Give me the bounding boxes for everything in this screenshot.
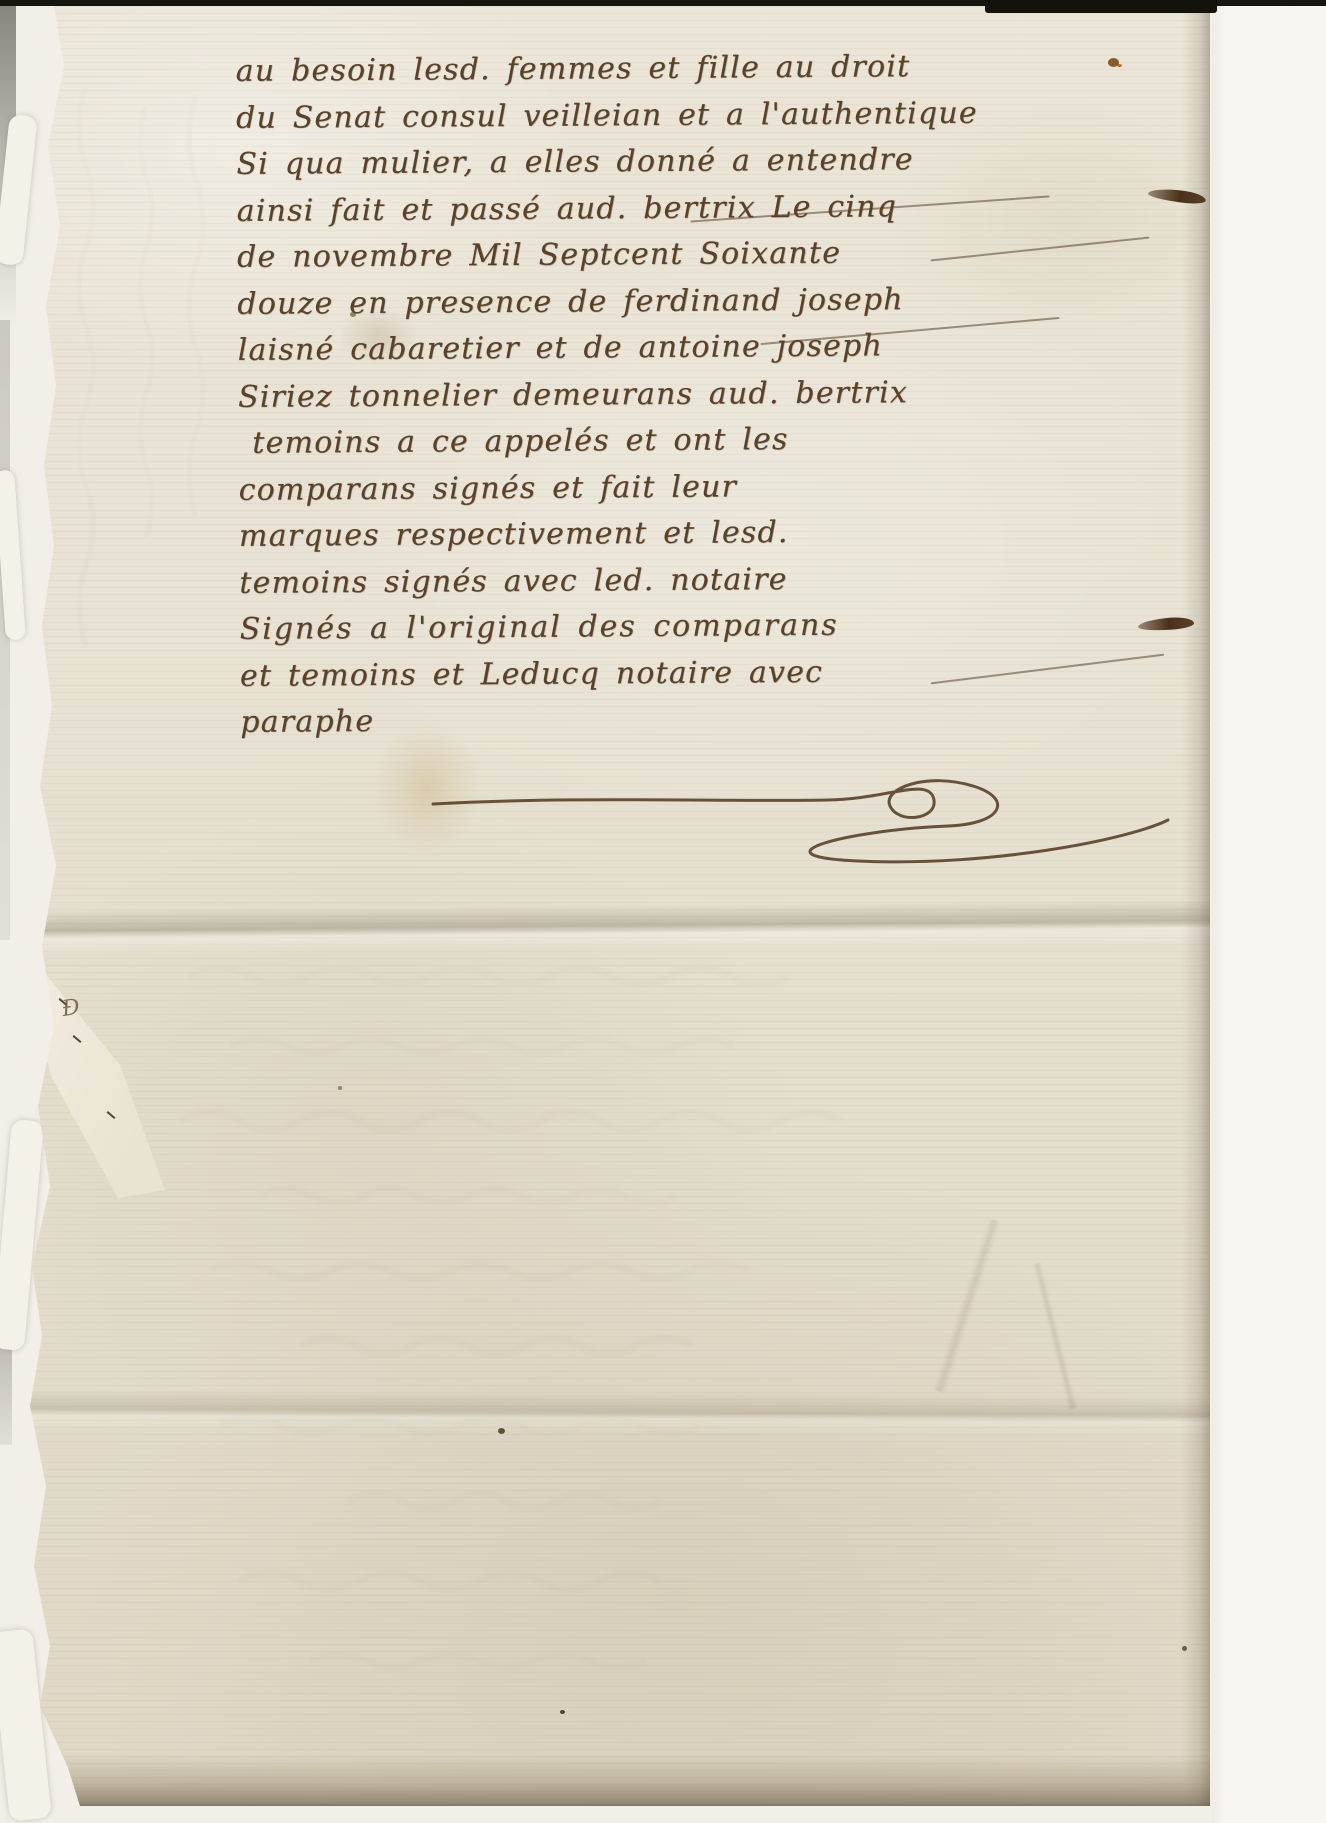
fold-crease-lower [20,1389,1210,1436]
marginal-ink-mark: Ð [60,995,81,1022]
bottom-curl-shadow [20,1754,1210,1806]
text-line: ainsi fait et passé aud. bertrix Le cinq [237,183,1067,235]
show-through-writing [150,936,1110,1736]
text-line: et temoins et Leducq notaire avec [240,648,1070,700]
text-line: douze en presence de ferdinand joseph [237,276,1067,328]
foxing-speck [560,1710,565,1714]
torn-edge-fray [0,1119,44,1351]
scanner-background [1212,0,1326,1823]
text-line: temoins a ce appelés et ont les [238,415,1068,467]
text-line: comparans signés et fait leur [238,462,1068,514]
text-line: temoins signés avec led. notaire [239,555,1069,607]
paraphe-flourish [428,758,1188,878]
text-line: marques respectivement et lesd. [239,508,1069,560]
foxing-speck [1108,58,1119,67]
scanner-top-edge-thick [985,0,1217,13]
handwritten-text: au besoin lesd. femmes et fille au droit… [236,43,1071,746]
text-line: Si qua mulier, a elles donné a entendre [236,136,1066,188]
torn-edge-fray [0,1628,52,1821]
text-line: Signés a l'original des comparans [239,601,1069,653]
foxing-speck [1182,1646,1187,1651]
scanned-document: au besoin lesd. femmes et fille au droit… [0,0,1326,1823]
foxing-speck [338,1086,342,1090]
torn-edge-fray [0,470,26,641]
text-line: du Senat consul veilleian et a l'authent… [236,90,1066,142]
right-edge-shadow [1182,6,1210,1806]
text-line: au besoin lesd. femmes et fille au droit [236,43,1066,95]
text-line: de novembre Mil Septcent Soixante [237,229,1067,281]
foxing-speck [498,1428,505,1434]
text-line: paraphe [240,694,1070,746]
show-through-writing-top [56,66,236,706]
text-line: laisné cabaretier et de antoine joseph [238,322,1068,374]
text-line: Siriez tonnelier demeurans aud. bertrix [238,369,1068,421]
manuscript-page: au besoin lesd. femmes et fille au droit… [20,6,1210,1806]
